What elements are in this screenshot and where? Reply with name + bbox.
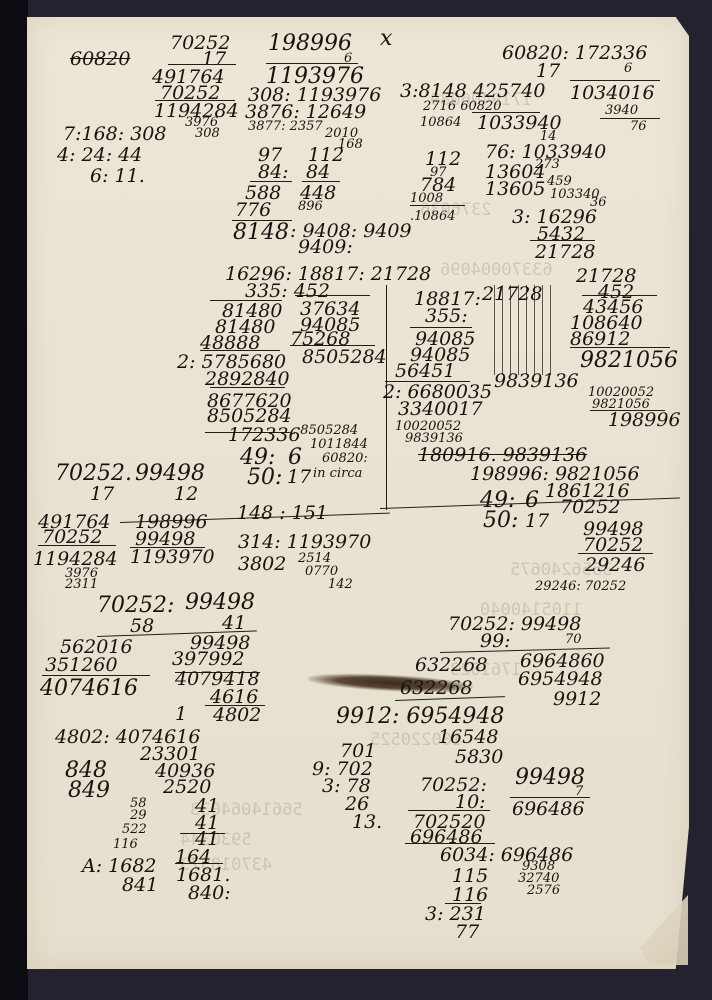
calc-text: 70252: [97,595,174,617]
calc-text: 632268 [400,679,473,698]
calc-text: 6: 11. [90,167,145,186]
calc-text: 17 [536,62,560,81]
calc-text: 8505284 [302,348,387,367]
calc-text: 142 [328,578,353,591]
bleedthrough-line: 63370004096 [440,260,553,280]
calc-text: 9821056 [580,350,678,372]
calc-text: 308 [195,127,220,140]
scanner-edge [0,0,28,1000]
calc-text: 6954948 [518,670,603,689]
sum-line [295,295,370,296]
calc-text: 84: [258,163,289,182]
calc-text: 696486 [512,800,585,819]
calc-text: 17 [525,512,549,531]
calc-text: 7:168: 308 [63,125,166,144]
calc-text: 351260 [45,656,118,675]
calc-text: 13605 [485,180,545,199]
calc-text: 99498 [135,463,205,485]
calc-text: 840: [188,884,231,903]
calc-text: 5830 [455,748,503,767]
calc-text: 99: [480,632,511,651]
calc-text: 99498 [185,592,255,614]
calc-text: 29246: 70252 [535,580,626,593]
calc-text: 77 [455,923,479,942]
calc-text: 29246 [585,556,645,575]
calc-text: 776 [235,201,271,220]
calc-text: 9409: [298,238,353,257]
calc-text: 84 [306,163,330,182]
calc-text: . 8505284 [292,424,358,437]
calc-text: 1011844 [310,438,368,451]
calc-text: 1034016 [570,84,655,103]
calc-text: 3877: 2357 [248,120,323,133]
calc-text: 355: [425,307,468,326]
calc-text: 4074616 [40,678,138,700]
annotation-in-circa: in circa [313,467,362,480]
calc-text: 17 [287,468,311,487]
calc-text: 10864 [420,116,461,129]
calc-text: 17 [90,485,114,504]
calc-text: 3802 [238,555,286,574]
calc-text: 314: 1193970 [238,533,371,552]
calc-text: 50: [483,510,518,532]
calc-text: 849 [68,780,110,802]
calc-text: 21728 [535,243,595,262]
calc-text: 70 [565,633,582,646]
calc-text: 198996 [608,411,681,430]
sum-line [38,545,116,546]
calc-text: 13. [352,813,382,832]
calc-text: 1193970 [130,548,215,567]
calc-text: 4: 24: 44 [57,146,142,165]
calc-text: .10864 [410,210,456,223]
calc-text: 2576 [527,884,560,897]
calc-text: 9839136 [494,372,579,391]
calc-text: 70252: 99498 [448,615,581,634]
calc-text: 60820: [322,452,368,465]
calc-text: 522 [122,823,147,836]
calc-text: 2311 [65,578,98,591]
calc-text: 70252 [560,498,620,517]
calc-text: 148 : 151 [237,504,328,523]
sum-line [410,205,465,206]
calc-text: 16548 [438,728,498,747]
calc-text: 70252. [55,463,132,485]
calc-text: 4802 [213,706,261,725]
calc-text: 1008 [410,192,443,205]
calc-text: 116 [113,838,138,851]
calc-text: 1 [175,705,187,724]
calc-text: 9912: 6954948 [336,706,504,728]
calc-text: 198996 [268,33,352,55]
scribble-grid [494,285,554,375]
calc-text: 56451 [395,362,455,381]
calc-text: 841 [122,876,158,895]
sum-line [210,387,285,388]
calc-text: 6 [624,62,632,75]
calc-text: 3340017 [398,400,483,419]
calc-text: 397992 [172,650,245,669]
calc-text: 632268 [415,656,488,675]
calc-text: 172336 [228,426,301,445]
calc-text: 12 [174,485,198,504]
calc-text: 3940 [605,104,638,117]
corner-mark: x [380,28,392,50]
calc-text: 273 [535,158,560,171]
calc-text: 896 [298,200,323,213]
calc-text: 6 [525,490,539,512]
calc-text: 50: [247,467,282,489]
calc-text: 76 [630,120,647,133]
calc-text: 9912 [553,690,601,709]
calc-text: 8148 [233,222,289,244]
cancelled-number: 60820 [70,50,130,69]
calc-text: 29 [130,809,147,822]
